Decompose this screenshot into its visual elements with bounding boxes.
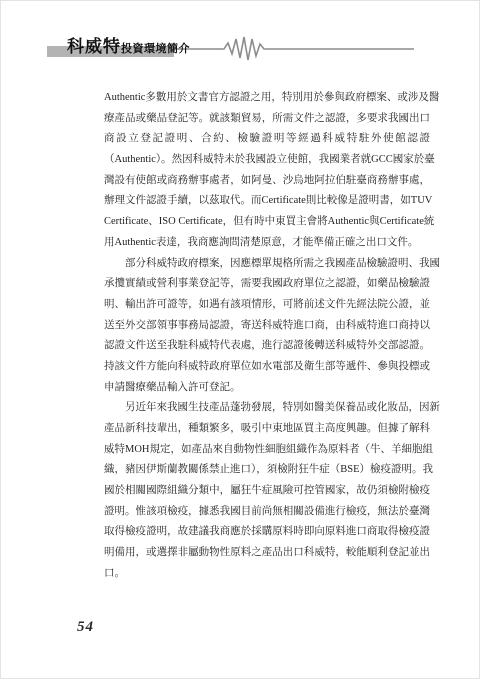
text-line: 明備用，或選擇非屬動物性原料之產品出口科威特，較能順利登記並出 xyxy=(104,543,430,564)
text-line: 證明。惟該項檢疫，據悉我國目前尚無相關設備進行檢疫，無法於臺灣 xyxy=(104,502,430,523)
text-line: 療產品或藥品登記等。就該類貿易，所需文件之認證，多要求我國出口 xyxy=(104,109,430,130)
page-header: 科威特投資環境簡介 xyxy=(1,1,480,71)
body-text: Authentic多數用於文書官方認證之用，特別用於參與政府標案、或涉及醫療產品… xyxy=(104,88,430,585)
text-line: Certificate、ISO Certificate，但有時中東買主會將Aut… xyxy=(104,212,430,233)
document-page: 科威特投資環境簡介 Authentic多數用於文書官方認證之用，特別用於參與政府… xyxy=(0,0,480,679)
text-line: 部分科威特政府標案，因應標單規格所需之我國產品檢驗證明、我國 xyxy=(104,254,430,275)
text-line: 認證文件送至我駐科威特代表處，進行認證後轉送科威特外交部認證。 xyxy=(104,336,430,357)
text-line: 取得檢疫證明，故建議我商應於採購原料時即向原料進口商取得檢疫證 xyxy=(104,522,430,543)
text-line: 用Authentic表達，我商應詢問清楚原意，才能準備正確之出口文件。 xyxy=(104,233,430,254)
text-line: Authentic多數用於文書官方認證之用，特別用於參與政府標案、或涉及醫 xyxy=(104,88,430,109)
text-line: （Authentic）。然因科威特未於我國設立使館，我國業者就GCC國家於臺 xyxy=(104,150,430,171)
page-title-main: 科威特 xyxy=(67,38,121,56)
text-line: 另近年來我國生技產品蓬勃發展，特別如醫美保養品或化妝品，因新 xyxy=(104,398,430,419)
text-line: 送至外交部領事事務局認證，寄送科威特進口商，由科威特進口商持以 xyxy=(104,316,430,337)
text-line: 威特MOH規定，如產品來自動物性細胞組織作為原料者（牛、羊細胞組 xyxy=(104,440,430,461)
text-line: 灣設有使館或商務辦事處者，如阿曼、沙烏地阿拉伯駐臺商務辦事處， xyxy=(104,171,430,192)
page-title-sub: 投資環境簡介 xyxy=(121,43,190,56)
heartbeat-zigzag-rule-decoration xyxy=(174,34,414,64)
text-line: 商設立登記證明、合約、檢驗證明等經過科威特駐外使館認證 xyxy=(104,129,430,150)
text-line: 產品新科技輩出，種類繁多，吸引中東地區買主高度興趣。但據了解科 xyxy=(104,419,430,440)
text-line: 辦理文件認證手續，以茲取代。而Certificate則比較像是證明書，如TUV xyxy=(104,191,430,212)
text-line: 口。 xyxy=(104,564,430,585)
text-line: 承攬實績或營利事業登記等，需要我國政府單位之認證，如藥品檢驗證 xyxy=(104,274,430,295)
text-line: 申請醫療藥品輸入許可登記。 xyxy=(104,378,430,399)
text-line: 持該文件方能向科威特政府單位如水電部及衛生部等遞件、參與投標或 xyxy=(104,357,430,378)
page-title: 科威特投資環境簡介 xyxy=(67,38,190,56)
text-line: 明、輸出許可證等，如遇有該項情形，可將前述文件先經法院公證，並 xyxy=(104,295,430,316)
page-number: 54 xyxy=(77,619,94,636)
text-line: 國於相關國際組織分類中，屬狂牛症風險可控管國家，故仍須檢附檢疫 xyxy=(104,481,430,502)
text-line: 織，豬因伊斯蘭教關係禁止進口），須檢附狂牛症（BSE）檢疫證明。我 xyxy=(104,460,430,481)
